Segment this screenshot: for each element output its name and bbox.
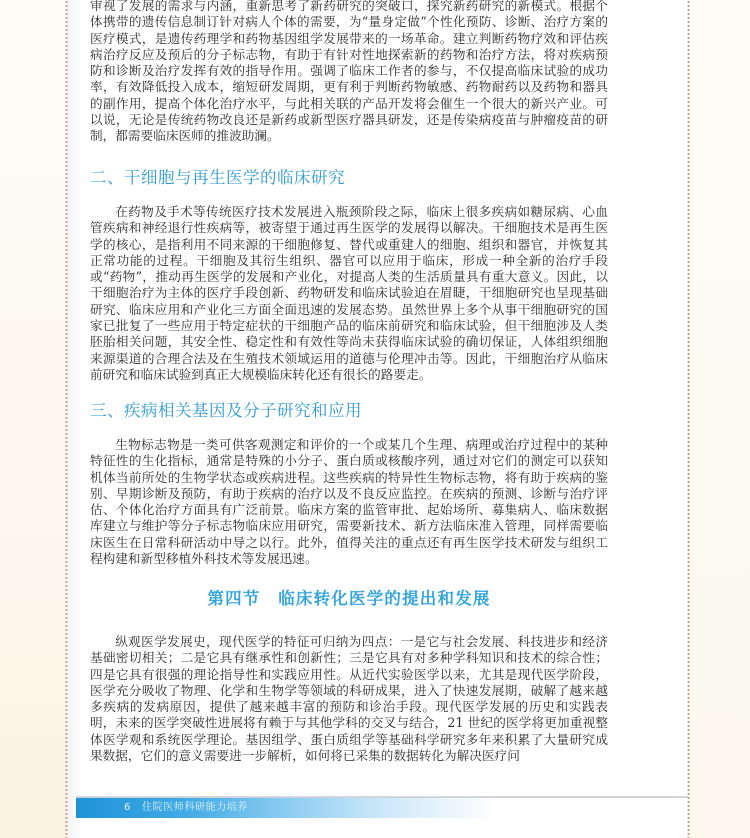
section-heading-biomarker: 三、疾病相关基因及分子研究和应用 xyxy=(90,401,362,421)
paragraph-biomarker: 生物标志物是一类可供客观测定和评价的一个或某几个生理、病理或治疗过程中的某种特征… xyxy=(90,437,608,567)
chapter-heading: 第四节 临床转化医学的提出和发展 xyxy=(90,588,608,610)
running-footer-title: 住院医师科研能力培养 xyxy=(142,800,248,816)
left-dotted-border xyxy=(65,0,68,838)
left-margin xyxy=(0,0,66,838)
paragraph-stem-cell: 在药物及手术等传统医疗技术发展进入瓶颈阶段之际，临床上很多疾病如糖尿病、心血管疾… xyxy=(90,204,608,383)
paragraph-intro-tail: 审视了发展的需求与内涵，重新思考了新药研究的突破口，探究新药研究的新模式。根据个… xyxy=(90,0,608,145)
right-margin xyxy=(690,0,750,838)
page-number: 6 xyxy=(124,800,130,816)
paragraph-translational-medicine: 纵观医学发展史，现代医学的特征可归纳为四点：一是它与社会发展、科技进步和经济基础… xyxy=(90,634,608,764)
right-dotted-border xyxy=(687,0,690,838)
section-heading-stem-cell: 二、干细胞与再生医学的临床研究 xyxy=(90,168,345,188)
footer-bar xyxy=(76,798,496,818)
